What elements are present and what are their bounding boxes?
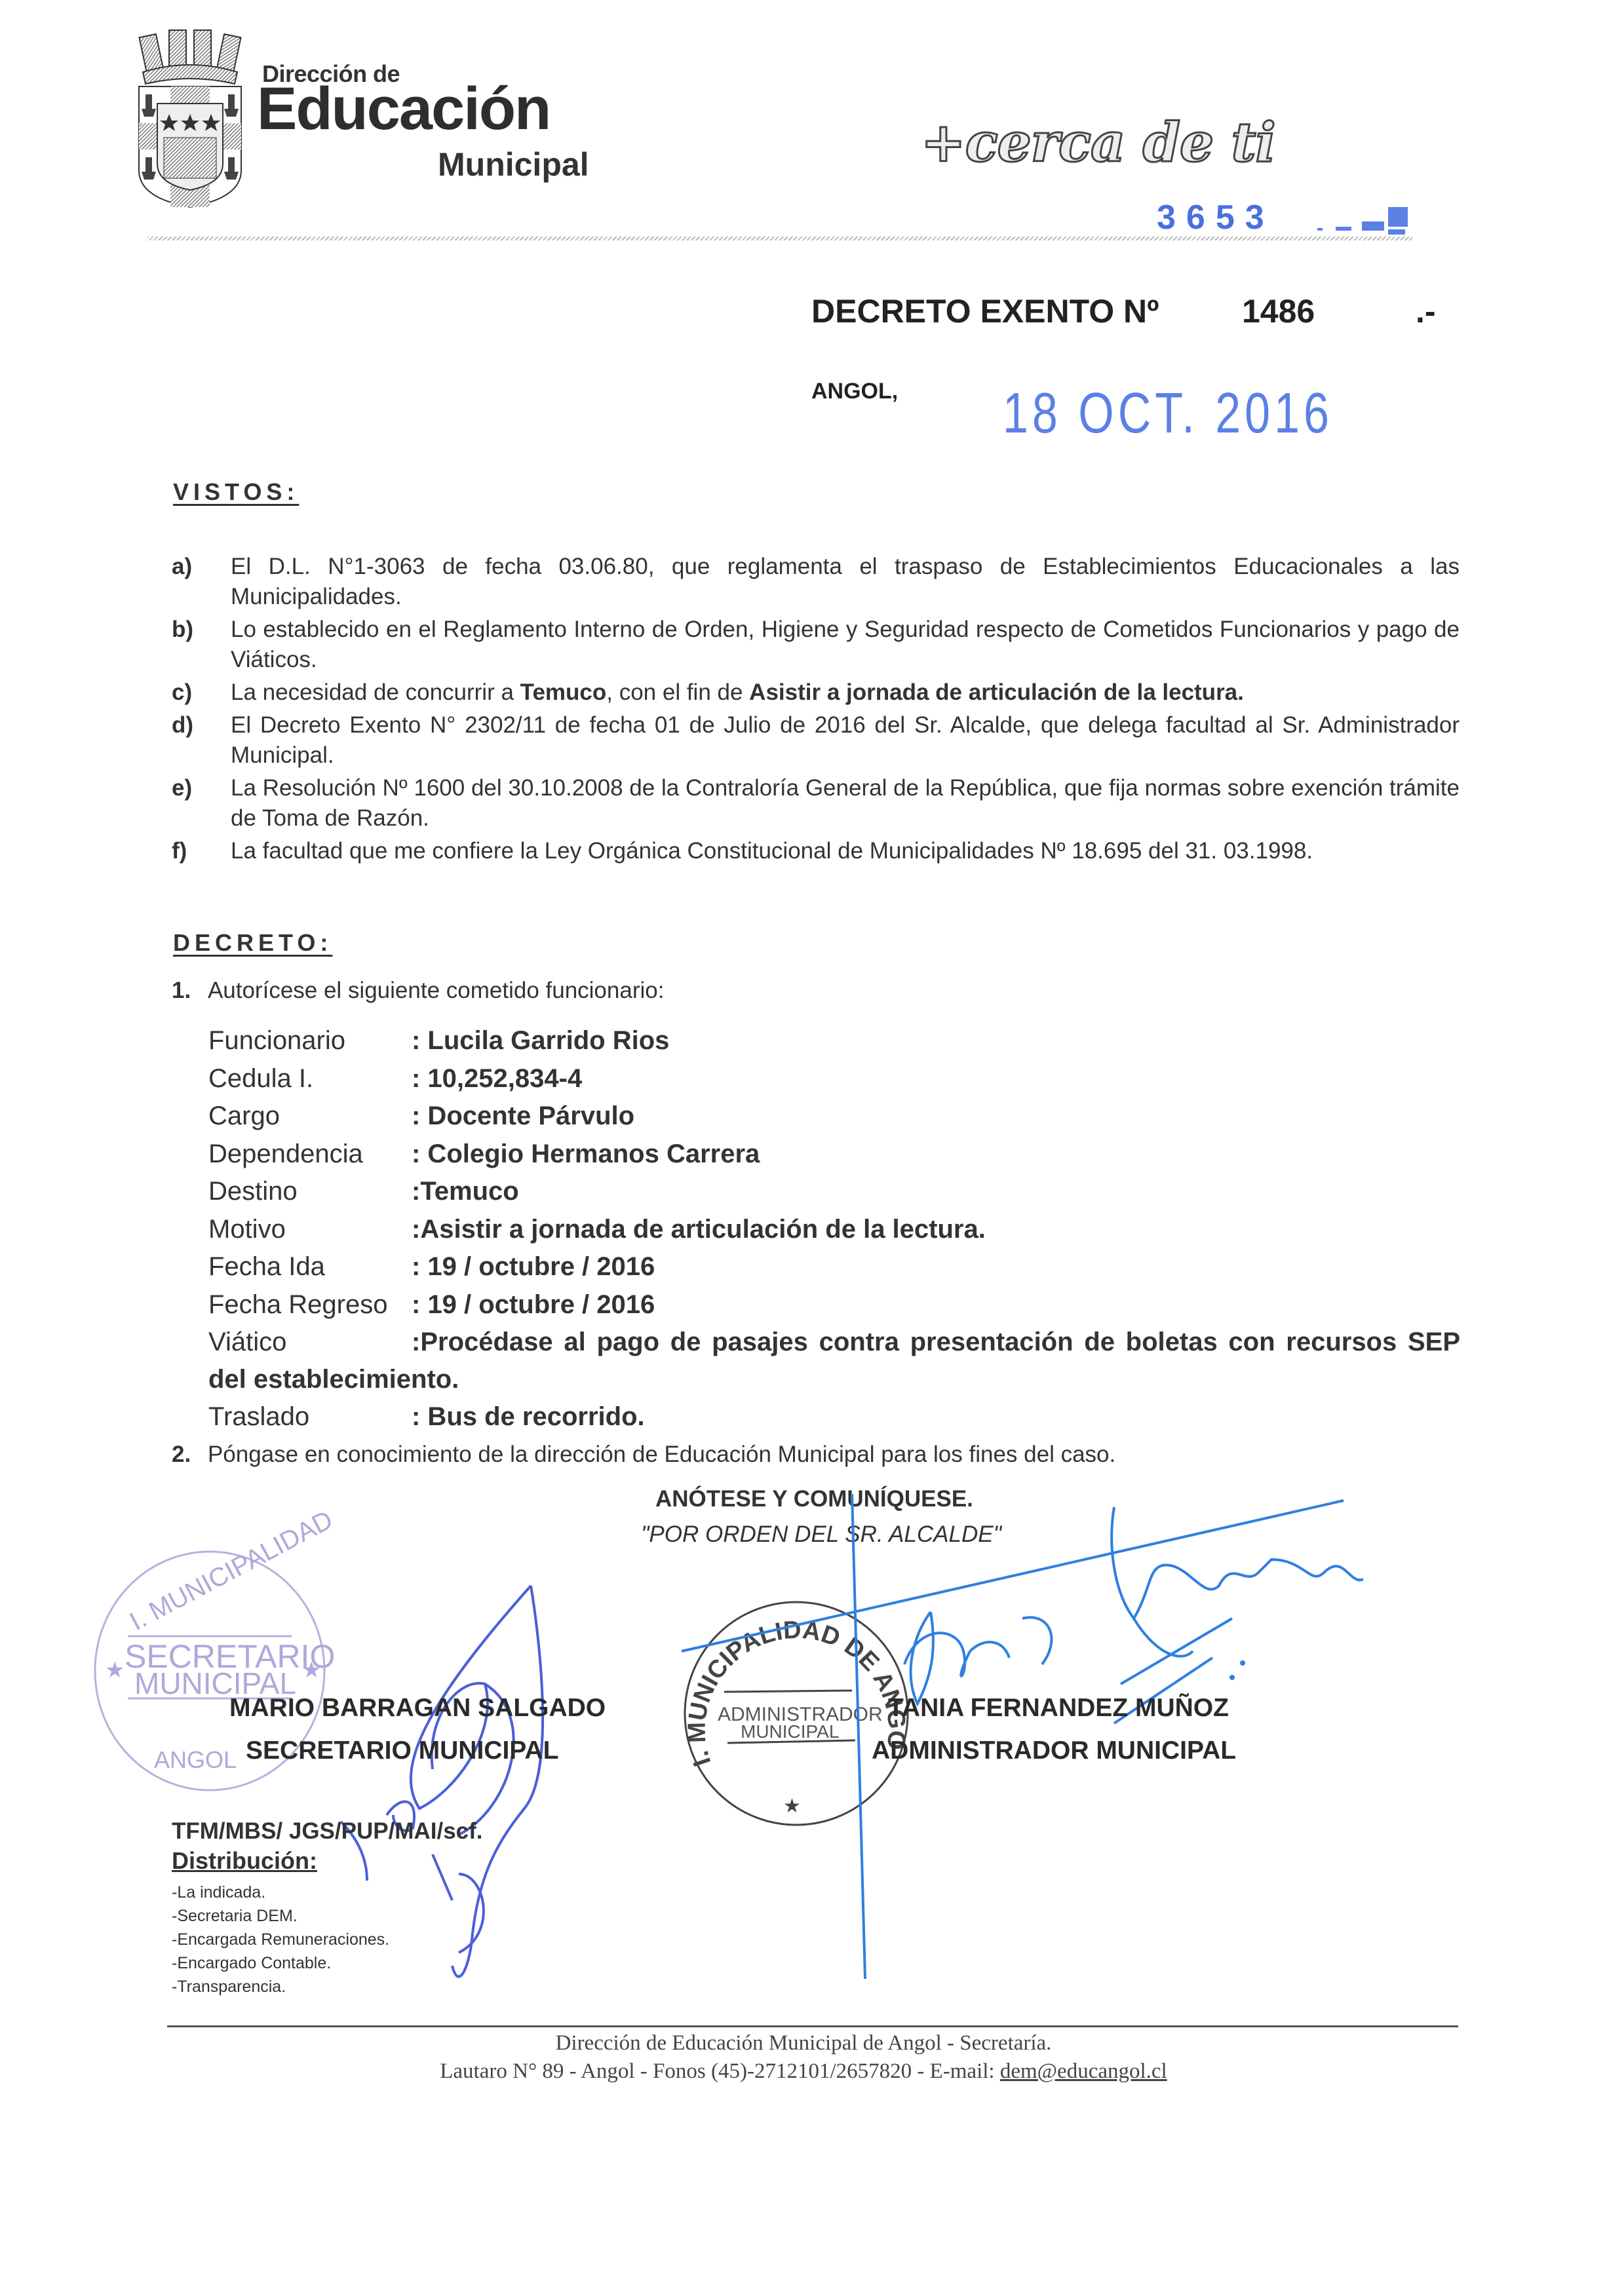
footer-address: Lautaro N° 89 - Angol - Fonos (45)-27121… bbox=[440, 2059, 1000, 2083]
field-value: : Colegio Hermanos Carrera bbox=[412, 1139, 760, 1169]
signatory-left-role: SECRETARIO MUNICIPAL bbox=[246, 1736, 558, 1765]
coat-of-arms-icon bbox=[131, 26, 249, 210]
signatory-right-name: TANIA FERNANDEZ MUÑOZ bbox=[888, 1694, 1229, 1723]
decree-title: DECRETO EXENTO Nº bbox=[811, 292, 1159, 330]
vistos-item-d: d) El Decreto Exento N° 2302/11 de fecha… bbox=[172, 710, 1460, 771]
field-row: Fecha Ida: 19 / octubre / 2016 bbox=[208, 1248, 1460, 1286]
item-mark: d) bbox=[172, 710, 193, 740]
field-label: Cargo bbox=[208, 1101, 412, 1131]
field-value: : 19 / octubre / 2016 bbox=[412, 1252, 655, 1282]
closing-subheading: "POR ORDEN DEL SR. ALCALDE" bbox=[641, 1521, 1001, 1548]
date-stamp: 18 OCT. 2016 bbox=[1003, 380, 1333, 446]
received-stamp-number: 3653 bbox=[1157, 198, 1275, 237]
field-value: :Temuco bbox=[412, 1177, 519, 1206]
field-row: Destino:Temuco bbox=[208, 1173, 1460, 1211]
distribution-item: -Secretaria DEM. bbox=[172, 1904, 389, 1928]
item-mark: f) bbox=[172, 836, 187, 866]
field-value: : Lucila Garrido Rios bbox=[412, 1026, 669, 1056]
field-value: : Bus de recorrido. bbox=[412, 1402, 645, 1432]
footer-divider bbox=[167, 2025, 1458, 2027]
point-mark: 1. bbox=[172, 978, 191, 1003]
item-text: Lo establecido en el Reglamento Interno … bbox=[231, 617, 1460, 672]
vistos-list: a) El D.L. N°1-3063 de fecha 03.06.80, q… bbox=[172, 552, 1460, 869]
item-text: , con el fin de bbox=[606, 679, 749, 705]
footer-organization: Dirección de Educación Municipal de Ango… bbox=[0, 2031, 1607, 2056]
item-mark: b) bbox=[172, 615, 193, 645]
vistos-item-c: c) La necesidad de concurrir a Temuco, c… bbox=[172, 678, 1460, 708]
item-text: La facultad que me confiere la Ley Orgán… bbox=[231, 838, 1313, 864]
item-purpose: Asistir a jornada de articulación de la … bbox=[749, 679, 1244, 705]
vistos-heading: VISTOS: bbox=[173, 478, 299, 506]
svg-text:★: ★ bbox=[301, 1658, 321, 1683]
field-row: Motivo:Asistir a jornada de articulación… bbox=[208, 1211, 1460, 1249]
decreto-heading: DECRETO: bbox=[173, 929, 332, 957]
logo-line-educacion: Educación bbox=[257, 79, 550, 139]
signatory-left-name: MARIO BARRAGAN SALGADO bbox=[229, 1694, 606, 1723]
closing-heading: ANÓTESE Y COMUNÍQUESE. bbox=[655, 1486, 973, 1512]
field-label: Motivo bbox=[208, 1215, 412, 1244]
footer-email-link[interactable]: dem@educangol.cl bbox=[1000, 2059, 1167, 2083]
vistos-item-b: b) Lo establecido en el Reglamento Inter… bbox=[172, 615, 1460, 675]
logo-line-municipal: Municipal bbox=[438, 145, 589, 183]
svg-text:★: ★ bbox=[105, 1658, 125, 1683]
header-divider bbox=[147, 237, 1412, 240]
vistos-item-f: f) La facultad que me confiere la Ley Or… bbox=[172, 836, 1460, 866]
field-value: : 19 / octubre / 2016 bbox=[412, 1290, 655, 1320]
decree-suffix: .- bbox=[1416, 292, 1436, 330]
signatory-right-role: ADMINISTRADOR MUNICIPAL bbox=[872, 1736, 1236, 1765]
distribution-item: -Transparencia. bbox=[172, 1975, 389, 1999]
field-label: Cedula I. bbox=[208, 1064, 412, 1094]
field-label: Viático bbox=[208, 1324, 412, 1361]
stamp-ring-text: I. MUNICIPALIDAD bbox=[125, 1505, 338, 1636]
field-row: Funcionario: Lucila Garrido Rios bbox=[208, 1022, 1460, 1060]
decree-place: ANGOL, bbox=[811, 379, 898, 404]
distribution-item: -Encargada Remuneraciones. bbox=[172, 1928, 389, 1951]
distribution-list: -La indicada. -Secretaria DEM. -Encargad… bbox=[172, 1881, 389, 1999]
field-row: Cedula I.: 10,252,834-4 bbox=[208, 1060, 1460, 1098]
administrador-stamp-icon bbox=[685, 1602, 908, 1825]
vistos-item-e: e) La Resolución Nº 1600 del 30.10.2008 … bbox=[172, 773, 1460, 833]
item-destination: Temuco bbox=[520, 679, 607, 705]
item-text: La necesidad de concurrir a bbox=[231, 679, 520, 705]
field-label: Dependencia bbox=[208, 1139, 412, 1169]
field-value: : Docente Párvulo bbox=[412, 1101, 634, 1131]
point-text: Autorícese el siguiente cometido funcion… bbox=[208, 978, 665, 1003]
field-row: Cargo: Docente Párvulo bbox=[208, 1098, 1460, 1136]
stamp-ring-text: ANGOL bbox=[154, 1746, 237, 1773]
distribution-item: -Encargado Contable. bbox=[172, 1951, 389, 1975]
svg-text:★: ★ bbox=[783, 1795, 801, 1817]
field-value: :Asistir a jornada de articulación de la… bbox=[412, 1215, 986, 1244]
received-stamp-marks-icon bbox=[1317, 204, 1409, 239]
field-label: Fecha Ida bbox=[208, 1252, 412, 1282]
field-label: Funcionario bbox=[208, 1026, 412, 1056]
point-mark: 2. bbox=[172, 1442, 191, 1467]
stamp-center-text: ADMINISTRADOR bbox=[718, 1704, 883, 1725]
point-text: Póngase en conocimiento de la dirección … bbox=[208, 1442, 1115, 1467]
field-row: Dependencia: Colegio Hermanos Carrera bbox=[208, 1136, 1460, 1174]
stamp-center-text: MUNICIPAL bbox=[741, 1721, 839, 1742]
reference-initials: TFM/MBS/ JGS/PUP/MAI/scf. bbox=[172, 1818, 483, 1845]
field-row: Fecha Regreso: 19 / octubre / 2016 bbox=[208, 1286, 1460, 1324]
footer-contact: Lautaro N° 89 - Angol - Fonos (45)-27121… bbox=[0, 2059, 1607, 2084]
item-mark: e) bbox=[172, 773, 192, 803]
field-label: Fecha Regreso bbox=[208, 1290, 412, 1320]
field-row: Traslado: Bus de recorrido. bbox=[208, 1398, 1460, 1436]
distribution-item: -La indicada. bbox=[172, 1881, 389, 1904]
decreto-point-2: 2. Póngase en conocimiento de la direcci… bbox=[172, 1442, 1460, 1468]
item-mark: c) bbox=[172, 678, 192, 708]
decreto-point-1: 1. Autorícese el siguiente cometido func… bbox=[172, 978, 1460, 1004]
item-text: El Decreto Exento N° 2302/11 de fecha 01… bbox=[231, 712, 1460, 768]
distribution-heading: Distribución: bbox=[172, 1847, 317, 1875]
slogan: +cerca de ti bbox=[921, 111, 1275, 174]
item-text: La Resolución Nº 1600 del 30.10.2008 de … bbox=[231, 775, 1460, 831]
item-text: El D.L. N°1-3063 de fecha 03.06.80, que … bbox=[231, 554, 1460, 609]
assignment-fields: Funcionario: Lucila Garrido Rios Cedula … bbox=[208, 1022, 1460, 1436]
decree-number: 1486 bbox=[1242, 292, 1315, 330]
item-mark: a) bbox=[172, 552, 192, 582]
field-row: Viático:Procédase al pago de pasajes con… bbox=[208, 1324, 1460, 1398]
stamp-center-text: SECRETARIO bbox=[125, 1638, 335, 1675]
field-label: Destino bbox=[208, 1177, 412, 1206]
field-value: : 10,252,834-4 bbox=[412, 1064, 582, 1094]
vistos-item-a: a) El D.L. N°1-3063 de fecha 03.06.80, q… bbox=[172, 552, 1460, 612]
field-label: Traslado bbox=[208, 1402, 412, 1432]
